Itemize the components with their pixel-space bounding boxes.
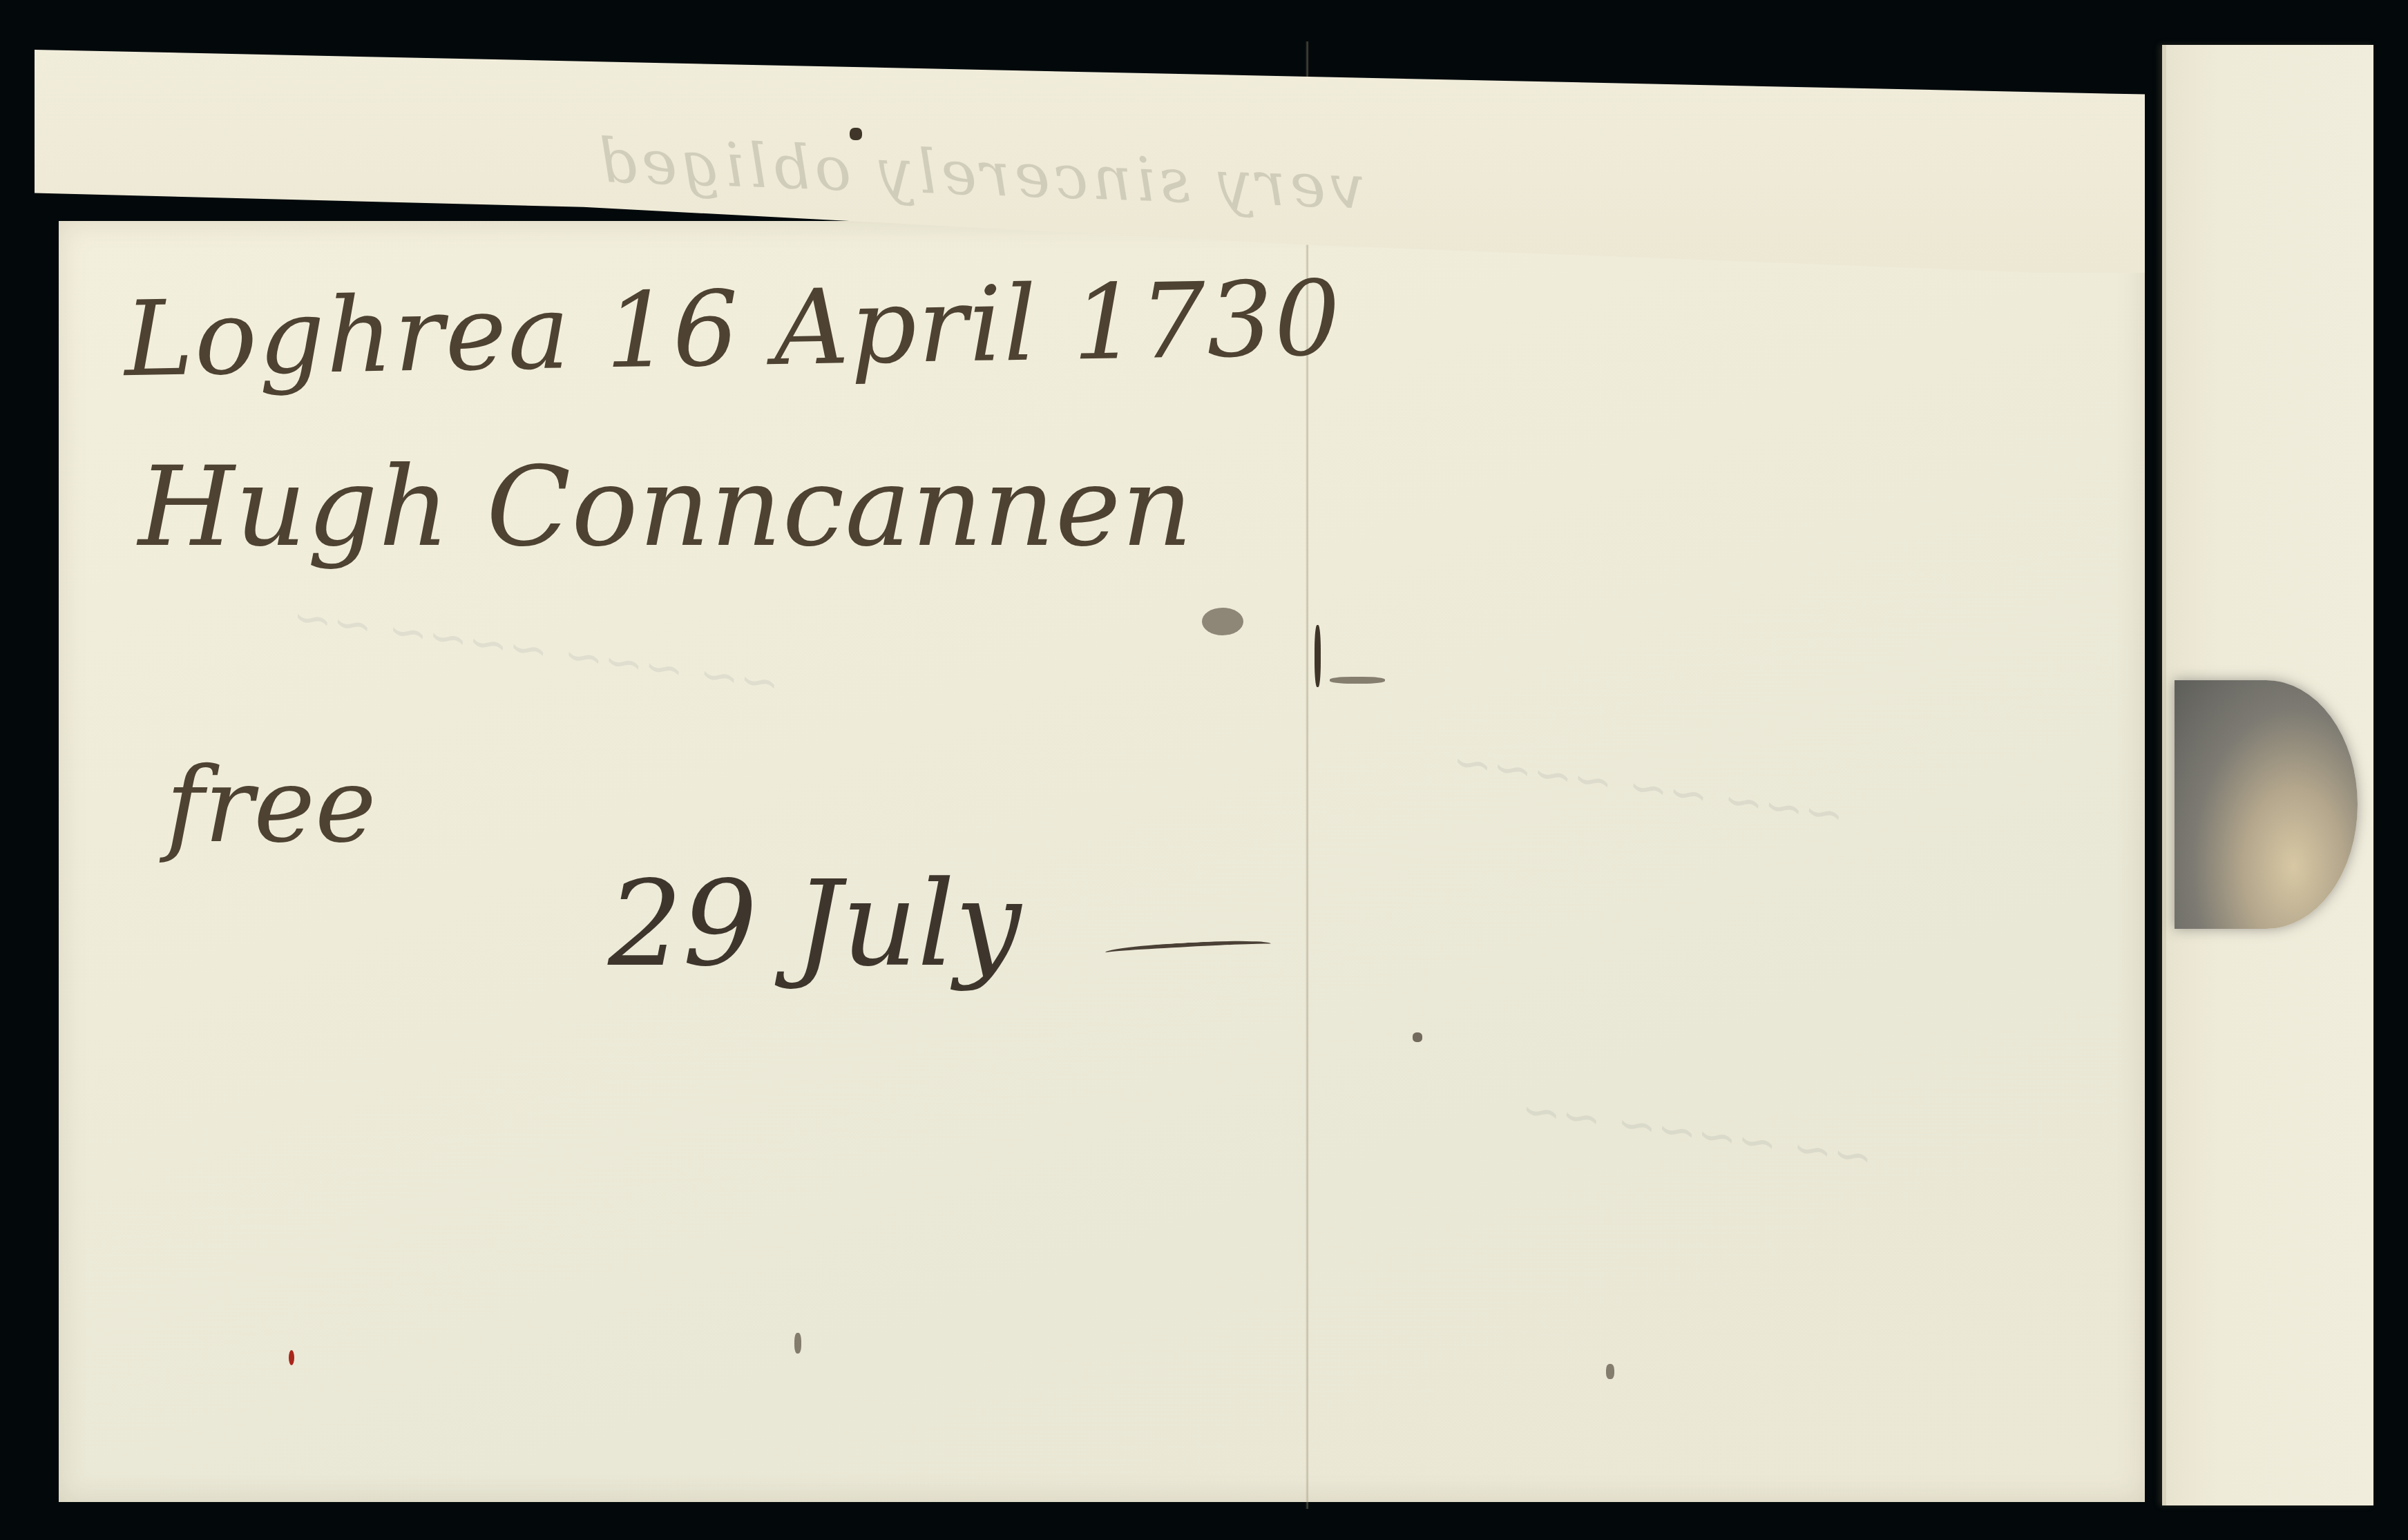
wax-seal [2175,680,2358,929]
docket-date-inscription: 29 July [608,856,1021,993]
ink-specks [1330,677,1385,684]
spot [1606,1364,1614,1379]
ink-smudge [1202,608,1243,635]
addressee-name: Hugh Conncannen [138,442,1194,571]
free-frank-inscription: free [166,746,376,866]
spot [794,1333,801,1354]
ink-blot [850,128,862,140]
red-fleck [289,1350,294,1365]
spot [1413,1032,1422,1042]
ink-mark [1315,625,1321,687]
origin-date-inscription: Loghrea 16 April 1730 [124,259,1343,401]
